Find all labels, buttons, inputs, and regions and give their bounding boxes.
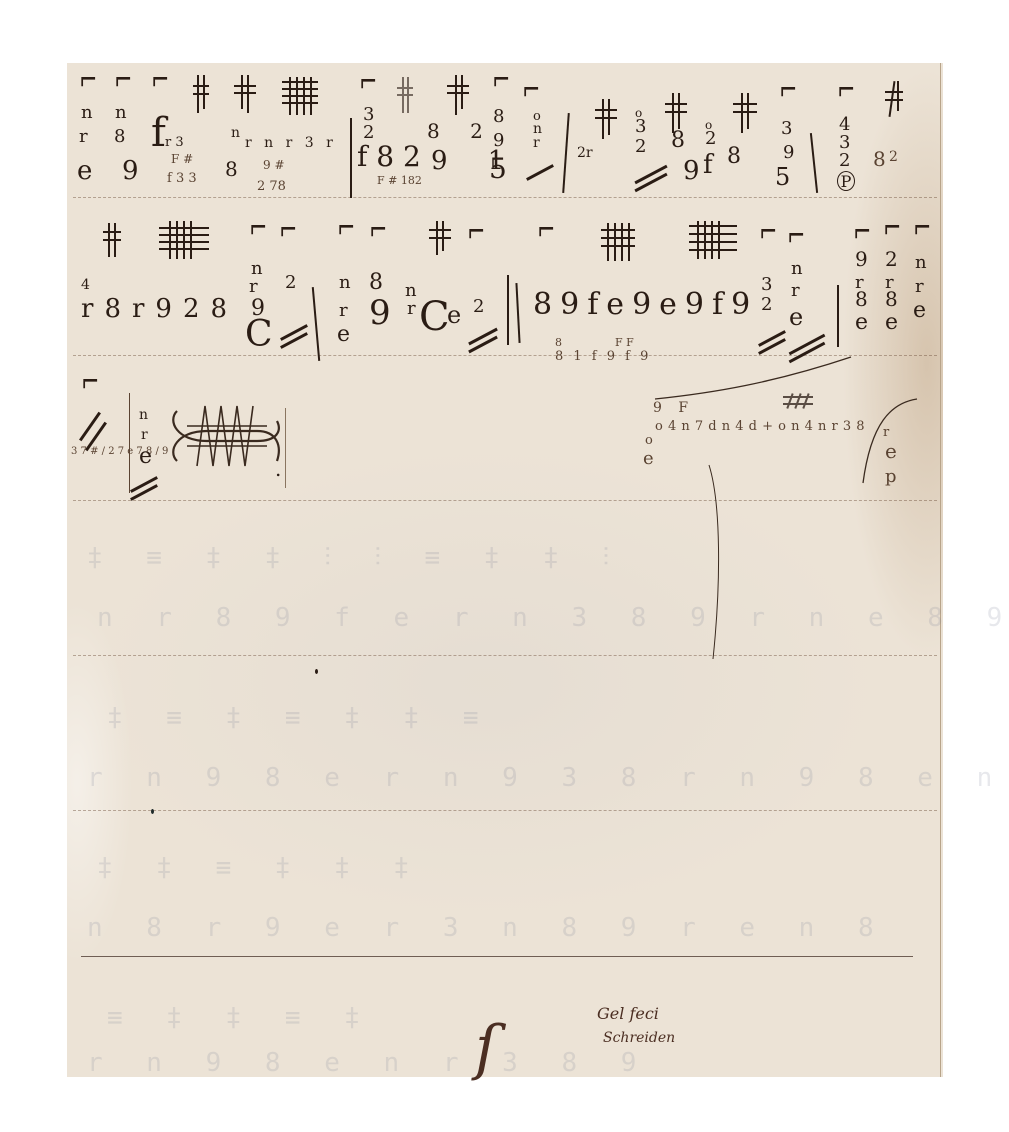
tab-letter: 2 xyxy=(705,129,716,149)
tab-letter: 8 xyxy=(885,289,898,309)
rhythm-grid-icon xyxy=(429,221,451,255)
rhythm-flag-dash-icon: ⌐ xyxy=(359,73,377,95)
tab-letter: e xyxy=(885,313,898,333)
ruled-line xyxy=(73,810,937,811)
rhythm-grid-icon xyxy=(103,223,121,257)
tab-letter: 2 xyxy=(885,249,898,269)
tab-letter: 3 xyxy=(635,117,646,137)
tab-letter-circled: P xyxy=(837,171,855,191)
tab-letter: 3 xyxy=(781,119,792,139)
rhythm-grid-icon xyxy=(885,81,903,117)
tab-letter: f 8 2 xyxy=(357,147,421,167)
ruled-line xyxy=(73,197,937,198)
tab-letter: 8 xyxy=(855,289,868,309)
final-knot-ornament-icon xyxy=(167,391,287,481)
tab-letter: 2 xyxy=(473,297,484,317)
tab-letter: 9 xyxy=(783,143,794,163)
tab-letter: 8 xyxy=(727,147,741,167)
barline xyxy=(562,113,570,193)
rhythm-flag-dot-icon: ⌐ xyxy=(151,71,169,93)
tab-letter: 9 xyxy=(369,303,391,323)
tab-letter: f 3 3 xyxy=(167,169,197,189)
barline xyxy=(350,118,352,198)
tab-letter: r xyxy=(339,301,348,321)
barline xyxy=(837,285,839,347)
barline xyxy=(515,283,520,343)
ruled-line xyxy=(73,500,937,501)
bleed-through-text: ‡ ‡ ≡ ‡ ‡ ‡ xyxy=(97,853,423,883)
tab-letter: 2 xyxy=(285,273,296,293)
sketch-line: o 4 n 7 d n 4 d + o n 4 n r 3 8 xyxy=(655,417,865,437)
rhythm-flag-icon: ⌐ xyxy=(279,221,297,243)
tab-letter: 9 xyxy=(122,161,139,181)
rhythm-grid-icon xyxy=(733,93,757,133)
tab-letter: 2 xyxy=(635,137,646,157)
tab-letter: F # xyxy=(171,149,193,169)
tab-letter: r xyxy=(79,127,88,147)
tab-letter: 8 xyxy=(225,159,238,179)
ruled-line xyxy=(81,956,913,957)
sketch-top-sign: 9 F xyxy=(653,398,694,418)
tab-letter: n xyxy=(115,103,127,123)
tab-letter: 4 xyxy=(81,275,90,295)
bleed-through-text: ‡ ≡ ‡ ‡ ⫶ ⫶ ≡ ‡ ‡ ⫶ xyxy=(87,543,623,574)
rhythm-grid-icon xyxy=(447,75,469,115)
rhythm-grid-icon xyxy=(601,223,635,261)
tab-letter: r xyxy=(791,281,800,301)
tab-letter: e xyxy=(789,307,803,327)
rhythm-flag-dash-icon: ⌐ xyxy=(837,81,855,103)
tab-letter: n xyxy=(139,405,148,425)
tab-letter: 9 xyxy=(683,161,700,181)
tab-letter-row: r8r928 xyxy=(81,299,238,319)
sketch-side-letter: e xyxy=(643,449,654,469)
sketch-right-letter: e xyxy=(885,441,897,461)
tab-letter: 8 xyxy=(873,149,886,169)
ink-dot xyxy=(151,809,154,814)
rhythm-flag-icon: ⌐ xyxy=(787,227,805,249)
tab-letter: r xyxy=(249,277,258,297)
tab-letter: 8 2 xyxy=(427,121,495,141)
rhythm-flag-icon: ⌐ xyxy=(522,81,540,103)
rhythm-flag-dash-icon: ⌐ xyxy=(537,221,555,243)
tab-letter: 2 xyxy=(839,151,850,171)
signature-line-1: Gel feci xyxy=(597,1003,659,1025)
tab-letter: 2r xyxy=(577,143,593,163)
rhythm-flag-icon: ⌐ xyxy=(79,71,97,93)
tab-letter: C xyxy=(419,307,450,327)
tab-letter: 8 xyxy=(114,127,125,147)
tab-letter: 9 # xyxy=(263,155,285,175)
small-annotation: 3 7 # / 2 7 e 7 8 / 9 xyxy=(71,447,168,457)
rhythm-flag-icon: ⌐ xyxy=(249,219,267,241)
bleed-through-text: r n 9 8 e r n 9 3 8 r n 9 8 e n r xyxy=(87,763,1009,793)
tab-letter: e xyxy=(77,161,92,181)
tab-letter: F # 182 xyxy=(377,171,422,191)
rhythm-flag-icon: ⌐ xyxy=(467,223,485,245)
rhythm-flag-icon: ⌐ xyxy=(759,223,777,245)
barline xyxy=(285,408,286,488)
tab-letter: n xyxy=(915,253,927,273)
rhythm-flag-icon: ⌐ xyxy=(337,219,355,241)
ruled-line xyxy=(73,655,937,656)
tab-letter: 8 xyxy=(493,107,504,127)
rhythm-grid-icon xyxy=(783,393,813,409)
tab-letter: 2 78 xyxy=(257,177,286,197)
tab-letter: n xyxy=(791,259,803,279)
tab-letter: e xyxy=(337,325,350,345)
rhythm-grid-icon xyxy=(595,99,617,139)
rhythm-grid-icon xyxy=(689,221,737,259)
rhythm-grid-icon xyxy=(159,221,209,259)
tab-letter-x xyxy=(468,336,498,354)
bleed-through-text: r n 9 8 e n r 3 8 9 xyxy=(87,1048,650,1078)
tab-letter-x xyxy=(526,164,554,181)
rhythm-flag-icon: ⌐ xyxy=(853,223,871,245)
tab-letter: n xyxy=(339,273,351,293)
tab-letter: e xyxy=(855,313,868,333)
rhythm-flag-icon: ⌐ xyxy=(114,71,132,93)
end-dot: . xyxy=(275,459,281,479)
tab-letter: 3 xyxy=(761,275,772,295)
tab-letter: 5 xyxy=(489,159,507,179)
rhythm-flag-icon: ⌐ xyxy=(81,373,99,395)
manuscript-page: ‡ ≡ ‡ ‡ ⫶ ⫶ ≡ ‡ ‡ ⫶ n r 8 9 f e r n 3 8 … xyxy=(67,63,943,1077)
tab-letter-row: 89fe9e9f9 xyxy=(533,295,758,315)
signature-line-2: Schreiden xyxy=(603,1027,675,1049)
barline xyxy=(312,287,320,361)
tab-letter: 8 xyxy=(671,131,685,151)
ink-dot xyxy=(315,669,318,674)
barline xyxy=(507,275,509,345)
tab-letter: 9 1 xyxy=(431,151,520,171)
rhythm-flag-icon: ⌐ xyxy=(913,219,931,241)
rhythm-flag-icon: ⌐ xyxy=(883,219,901,241)
long-s-flourish: ſ xyxy=(475,1013,497,1083)
tab-letter: n xyxy=(81,103,93,123)
tab-letter: 9 xyxy=(493,131,504,151)
tab-letter: 9 xyxy=(855,249,868,269)
curved-line xyxy=(653,353,853,403)
tab-letter: 2 xyxy=(889,147,898,167)
tab-letter: r xyxy=(141,425,148,445)
rhythm-flag-icon: ⌐ xyxy=(369,221,387,243)
rhythm-grid-icon xyxy=(282,77,318,115)
long-stroke xyxy=(707,463,727,663)
sketch-right-letter: p xyxy=(885,467,897,487)
tab-letter: r xyxy=(533,133,540,153)
tab-letter: f xyxy=(151,123,166,143)
rhythm-grid-icon xyxy=(665,93,687,133)
rhythm-flag-icon: ⌐ xyxy=(492,71,510,93)
tab-letter: e xyxy=(913,301,926,321)
small-annotation: 8 1 f 9 f 9 xyxy=(555,347,651,367)
bleed-through-text: ‡ ≡ ‡ ≡ ‡ ‡ ≡ xyxy=(107,703,493,733)
rhythm-flag-dot-icon: ⌐ xyxy=(779,81,797,103)
tab-letter: C xyxy=(245,325,273,345)
barline xyxy=(129,393,130,493)
tab-letter: 2 xyxy=(761,295,772,315)
page-edge xyxy=(940,63,941,1077)
rhythm-grid-icon xyxy=(234,75,256,113)
tab-letter: 8 xyxy=(369,273,383,293)
tab-letter: r xyxy=(915,277,924,297)
rhythm-grid-icon xyxy=(397,77,413,113)
tab-letter-x xyxy=(79,412,101,442)
tab-letter: n xyxy=(231,123,240,143)
bleed-through-text: n r 8 9 f e r n 3 8 9 r n e 8 9 r n xyxy=(97,603,1009,633)
tab-letter: e xyxy=(447,305,461,325)
tab-letter: r xyxy=(407,299,416,319)
tab-letter: f xyxy=(703,155,713,175)
barline xyxy=(810,133,818,193)
tab-letter: 5 xyxy=(775,167,790,187)
rhythm-grid-icon xyxy=(193,75,209,113)
bleed-through-text: n 8 r 9 e r 3 n 8 9 r e n 8 xyxy=(87,913,888,943)
tab-letter: e xyxy=(139,447,152,467)
tab-letter: r n r 3 r xyxy=(245,133,337,153)
bleed-through-text: ≡ ‡ ‡ ≡ ‡ xyxy=(107,1003,374,1033)
